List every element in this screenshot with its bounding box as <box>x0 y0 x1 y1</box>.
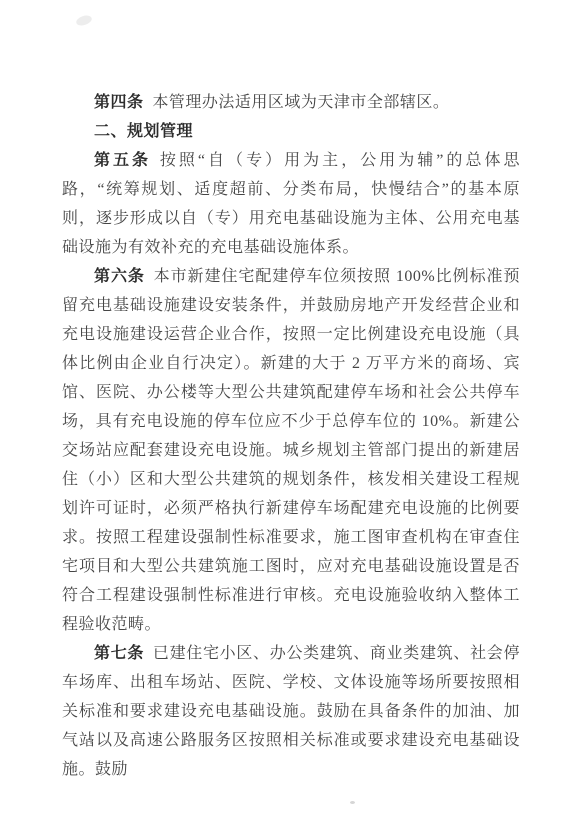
article-7-number: 第七条 <box>94 645 144 662</box>
article-6-text: 本市新建住宅配建停车位须按照 100%比例标准预留充电基础设施建设安装条件，并鼓… <box>62 268 520 633</box>
page-number: - 4 - <box>70 733 113 749</box>
paragraph-article-7: 第七条已建住宅小区、办公类建筑、商业类建筑、社会停车场库、出租车场站、医院、学校… <box>62 639 520 784</box>
paragraph-article-6: 第六条本市新建住宅配建停车位须按照 100%比例标准预留充电基础设施建设安装条件… <box>62 262 520 639</box>
article-4-number: 第四条 <box>94 94 144 111</box>
document-page: 第四条本管理办法适用区域为天津市全部辖区。 二、规划管理 第五条按照“自（专）用… <box>0 0 580 820</box>
article-6-number: 第六条 <box>94 268 145 285</box>
paragraph-article-4: 第四条本管理办法适用区域为天津市全部辖区。 <box>62 88 520 117</box>
document-body: 第四条本管理办法适用区域为天津市全部辖区。 二、规划管理 第五条按照“自（专）用… <box>62 88 520 784</box>
article-4-text: 本管理办法适用区域为天津市全部辖区。 <box>152 94 449 111</box>
article-7-text: 已建住宅小区、办公类建筑、商业类建筑、社会停车场库、出租车场站、医院、学校、文体… <box>62 645 520 778</box>
scan-speck-artifact <box>350 801 355 804</box>
article-5-number: 第五条 <box>94 152 151 169</box>
scan-smudge-artifact <box>75 14 93 28</box>
section-heading-label: 二、规划管理 <box>94 123 193 140</box>
paragraph-article-5: 第五条按照“自（专）用为主，公用为辅”的总体思路，“统筹规划、适度超前、分类布局… <box>62 146 520 262</box>
section-heading-planning: 二、规划管理 <box>62 117 520 146</box>
